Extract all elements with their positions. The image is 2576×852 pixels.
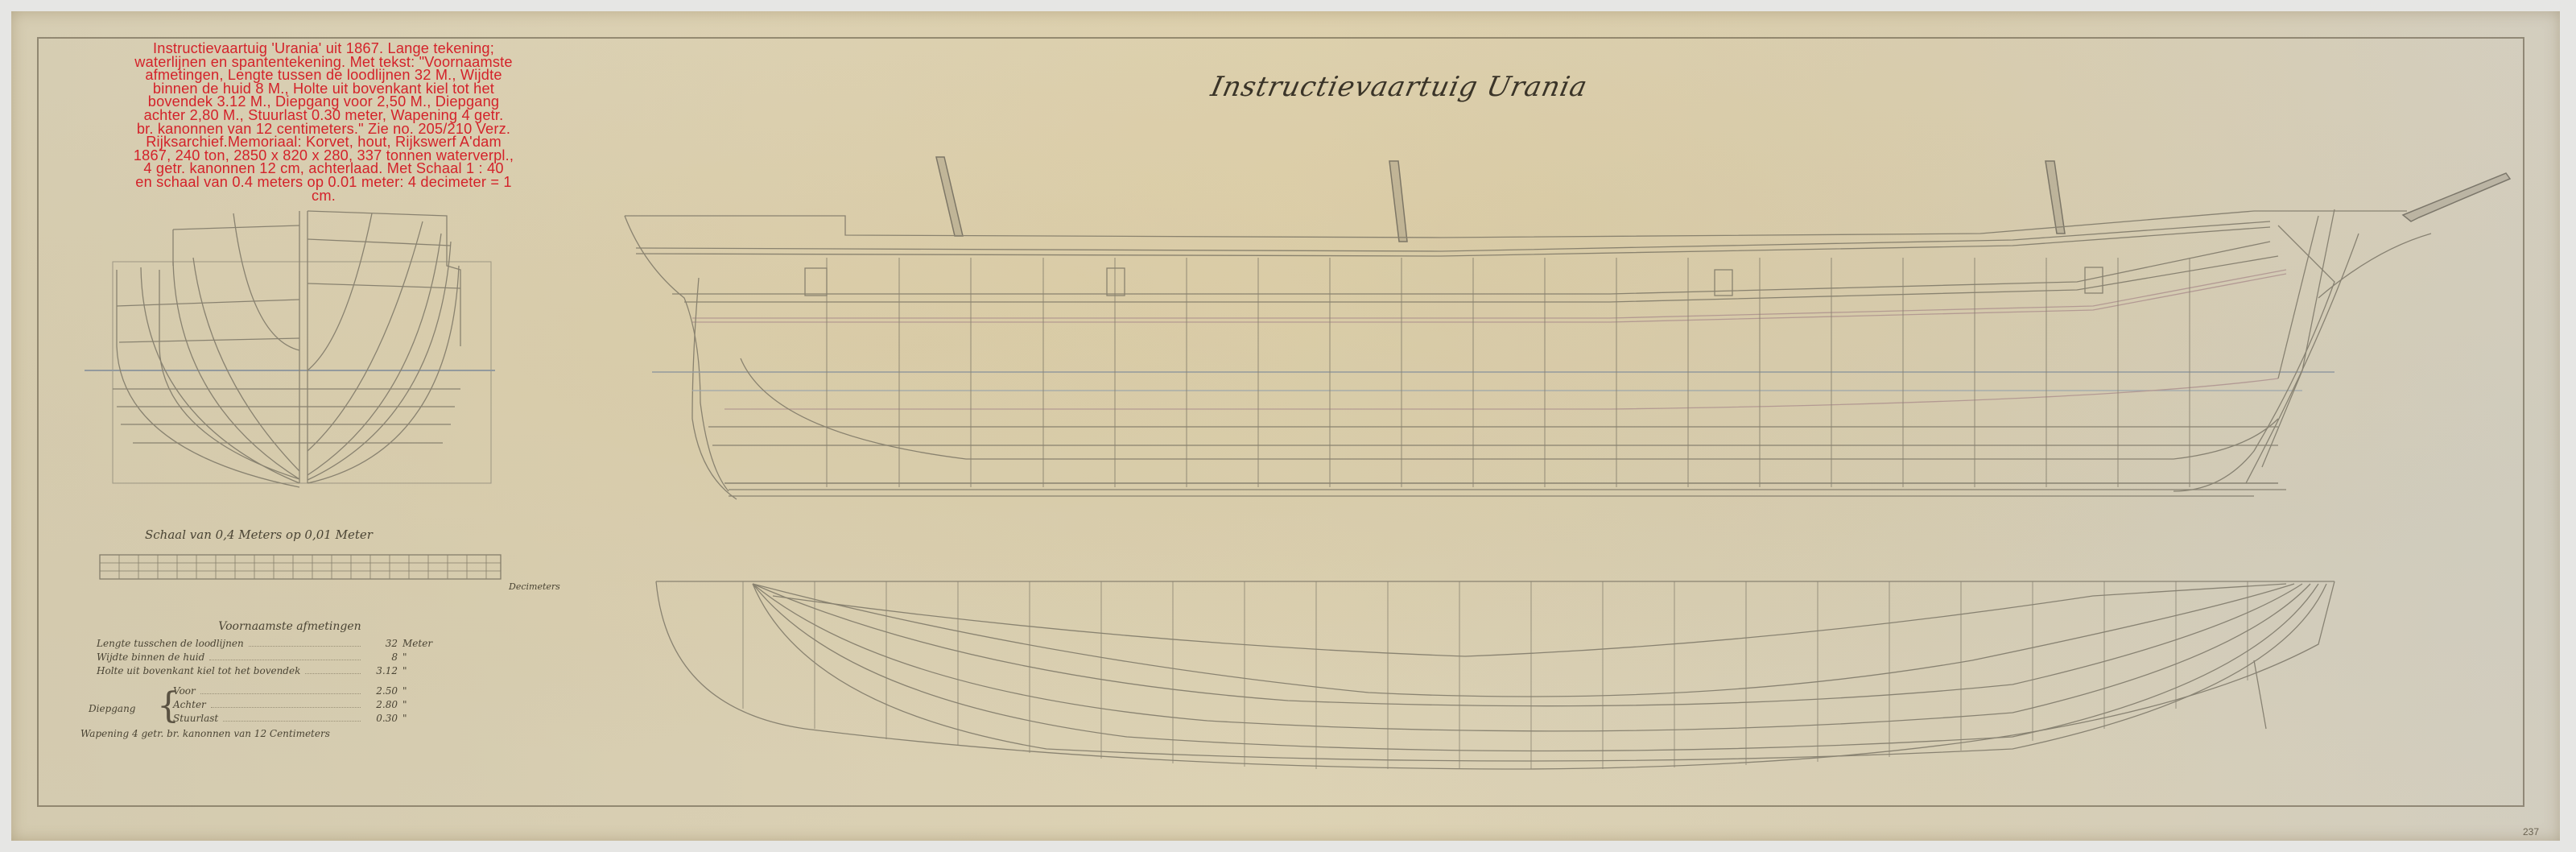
armament-note: Wapening 4 getr. br. kanonnen van 12 Cen… [80,728,435,739]
principal-dimensions-table: Voornaamste afmetingen Lengte tusschen d… [97,620,435,739]
draught-row: Voor 2.50 " [97,684,435,697]
half-breadth-view [656,581,2334,769]
dimension-row: Wijdte binnen de huid 8 " [97,650,435,664]
body-plan-view [85,211,495,487]
dimensions-heading: Voornaamste afmetingen [145,620,435,633]
sheet-number: 237 [2523,826,2539,838]
scale-bar-unit: Decimeters [509,581,560,592]
profile-view [625,157,2510,499]
scale-bar [100,555,501,579]
dimension-row: Holte uit bovenkant kiel tot het bovende… [97,664,435,677]
brace-icon: { [157,689,180,724]
caption-line: cm. [42,189,605,203]
draught-group-label: Diepgang [89,703,136,714]
draught-row: Achter 2.80 " [97,697,435,711]
draught-row: Stuurlast 0.30 " [97,711,435,725]
archive-caption: Instructievaartuig 'Urania' uit 1867. La… [42,42,605,202]
scale-bar-title: Schaal van 0,4 Meters op 0,01 Meter [145,527,373,542]
drawing-title: Instructievaartuig Urania [1208,71,1591,103]
dimension-row: Lengte tusschen de loodlijnen 32 Meter [97,636,435,650]
